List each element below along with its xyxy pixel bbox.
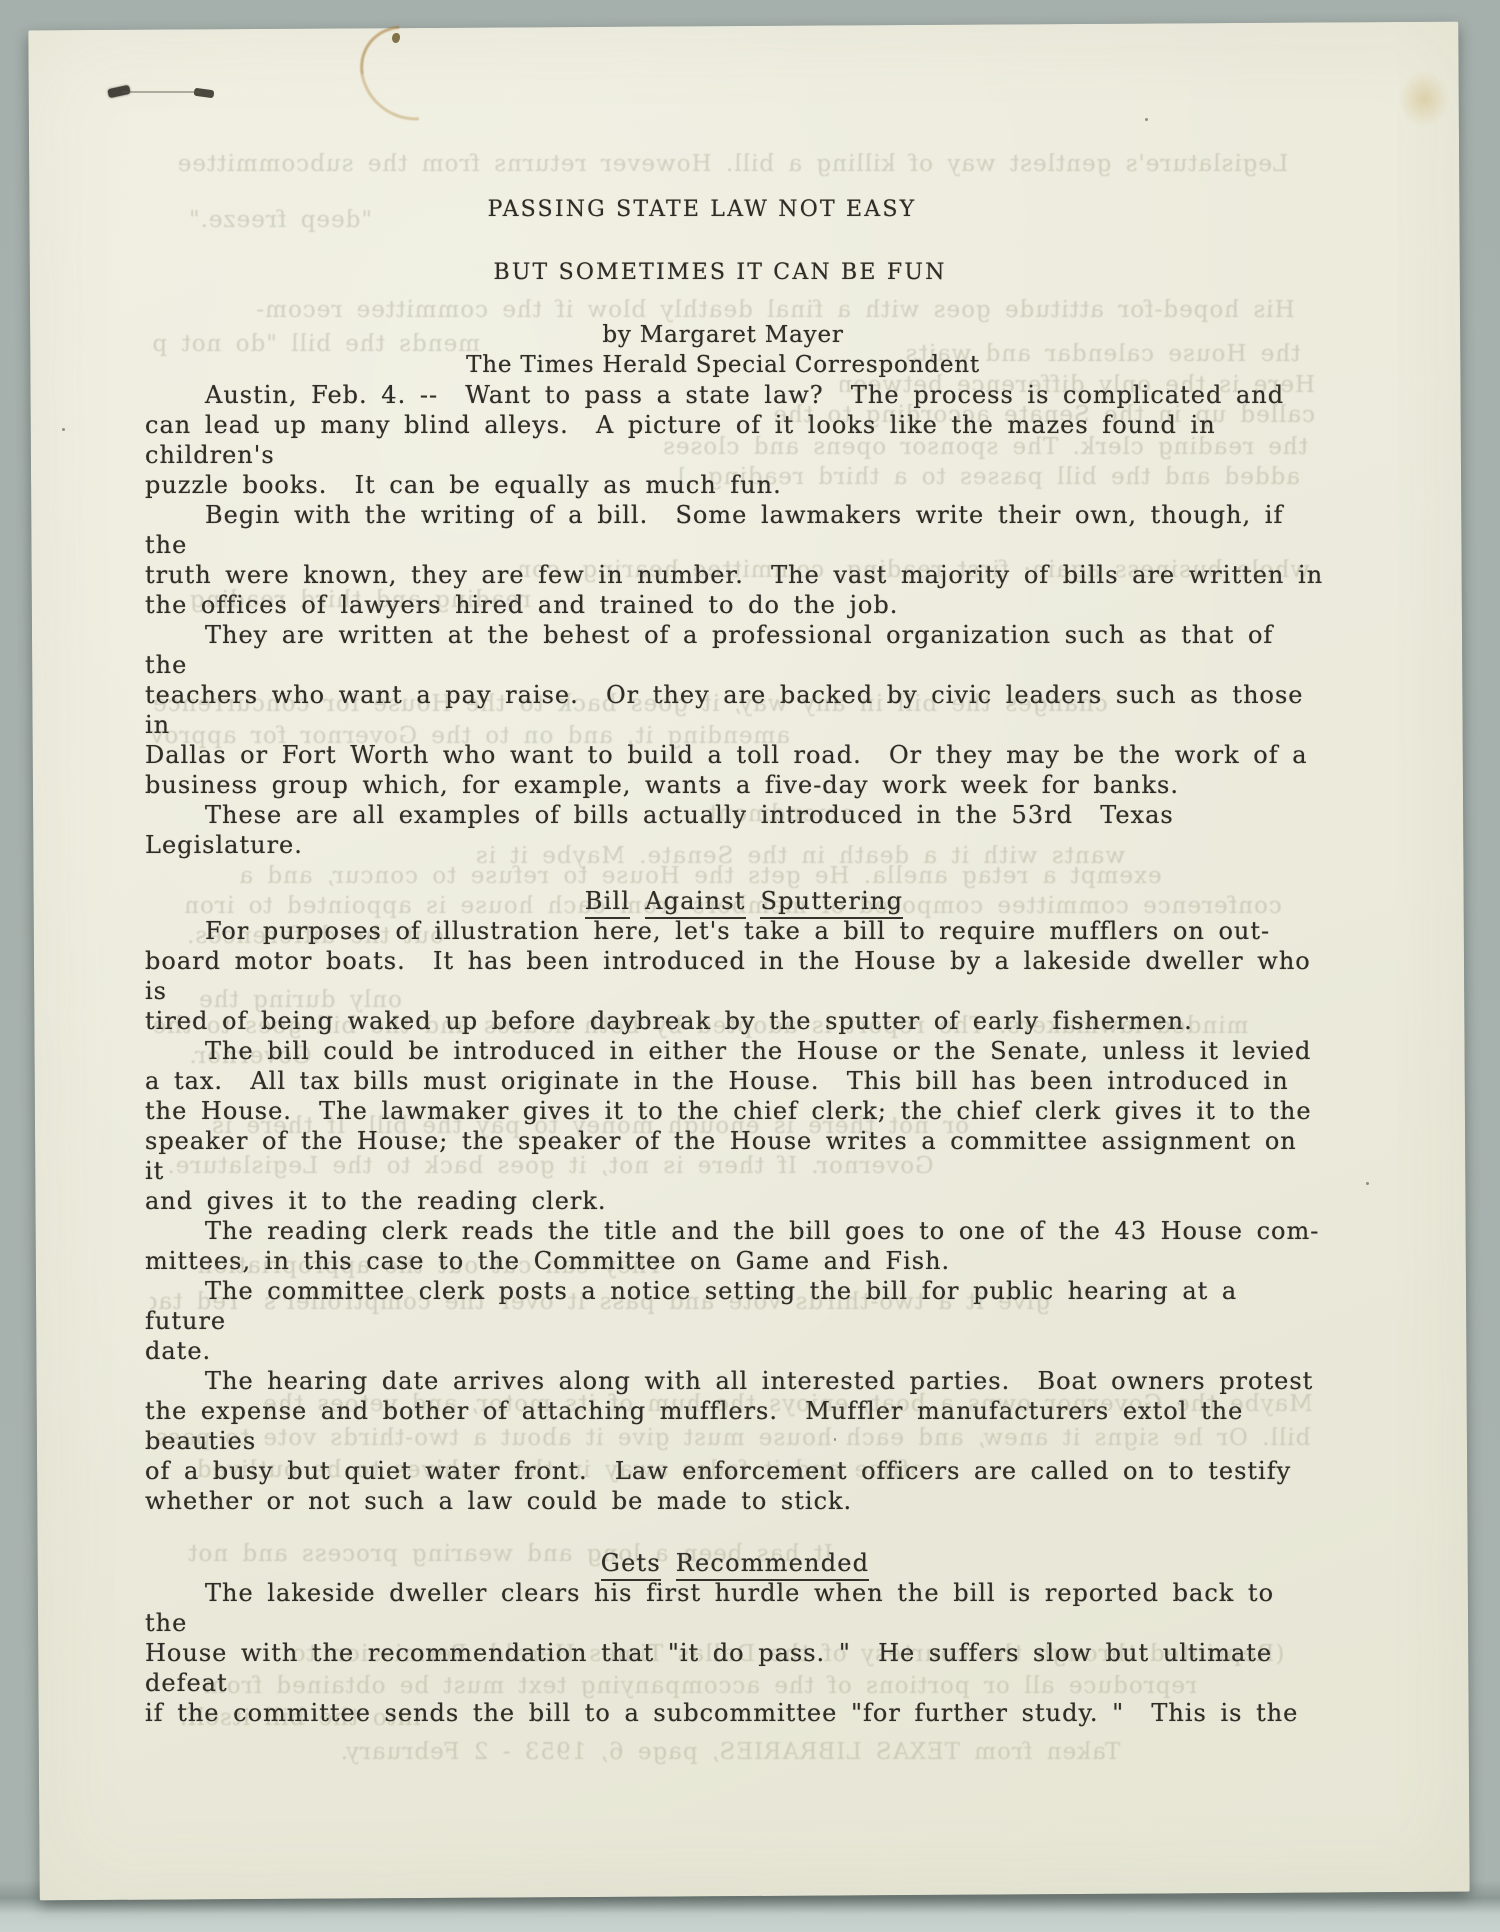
heading-word: Bill (585, 887, 630, 919)
paper-speck (1145, 118, 1148, 121)
heading-word: Gets (601, 1549, 661, 1581)
paragraph-muffler-bill: For purposes of illustration here, let's… (145, 916, 1325, 1036)
paragraph-introduction-path: The bill could be introduced in either t… (145, 1036, 1325, 1216)
byline-block: by Margaret Mayer The Times Herald Speci… (133, 320, 1313, 380)
document-column: PASSING STATE LAW NOT EASY BUT SOMETIMES… (145, 0, 1325, 1728)
paper-speck (1366, 1182, 1369, 1185)
paper-speck (62, 428, 65, 431)
staple-scratch (122, 91, 200, 93)
section-heading-gets-recommended: Gets Recommended (145, 1548, 1325, 1578)
staple-leg-icon (194, 88, 215, 99)
paragraph-intro: Austin, Feb. 4. -- Want to pass a state … (145, 380, 1325, 500)
paragraph-first-hurdle: The lakeside dweller clears his first hu… (145, 1578, 1325, 1728)
scanned-document-page: { "document": { "title_line1": "PASSING … (0, 0, 1500, 1932)
paper-speck (834, 1438, 836, 1441)
heading-word: Sputtering (760, 887, 903, 919)
document-title-line1: PASSING STATE LAW NOT EASY (112, 195, 1292, 225)
document-title-line2: BUT SOMETIMES IT CAN BE FUN (130, 258, 1310, 288)
section-heading-bill-against-sputtering: Bill Against Sputtering (154, 886, 1334, 916)
paragraph-bill-writing: Begin with the writing of a bill. Some l… (145, 500, 1325, 620)
paragraph-examples: These are all examples of bills actually… (145, 800, 1325, 860)
staple-mark (108, 84, 218, 104)
bleedthrough-text: Taken from TEXAS LIBRARIES, page 6, 1953… (300, 1738, 1160, 1766)
paragraph-reading-clerk: The reading clerk reads the title and th… (145, 1216, 1325, 1276)
paragraph-committee-notice: The committee clerk posts a notice setti… (145, 1276, 1325, 1366)
heading-word: Against (645, 887, 746, 919)
byline-organization: The Times Herald Special Correspondent (133, 350, 1313, 380)
byline-author: by Margaret Mayer (133, 320, 1313, 350)
smudge-mark (1398, 70, 1450, 128)
paragraph-hearing-date: The hearing date arrives along with all … (145, 1366, 1325, 1516)
heading-word: Recommended (676, 1549, 869, 1581)
paragraph-bill-sponsors: They are written at the behest of a prof… (145, 620, 1325, 800)
